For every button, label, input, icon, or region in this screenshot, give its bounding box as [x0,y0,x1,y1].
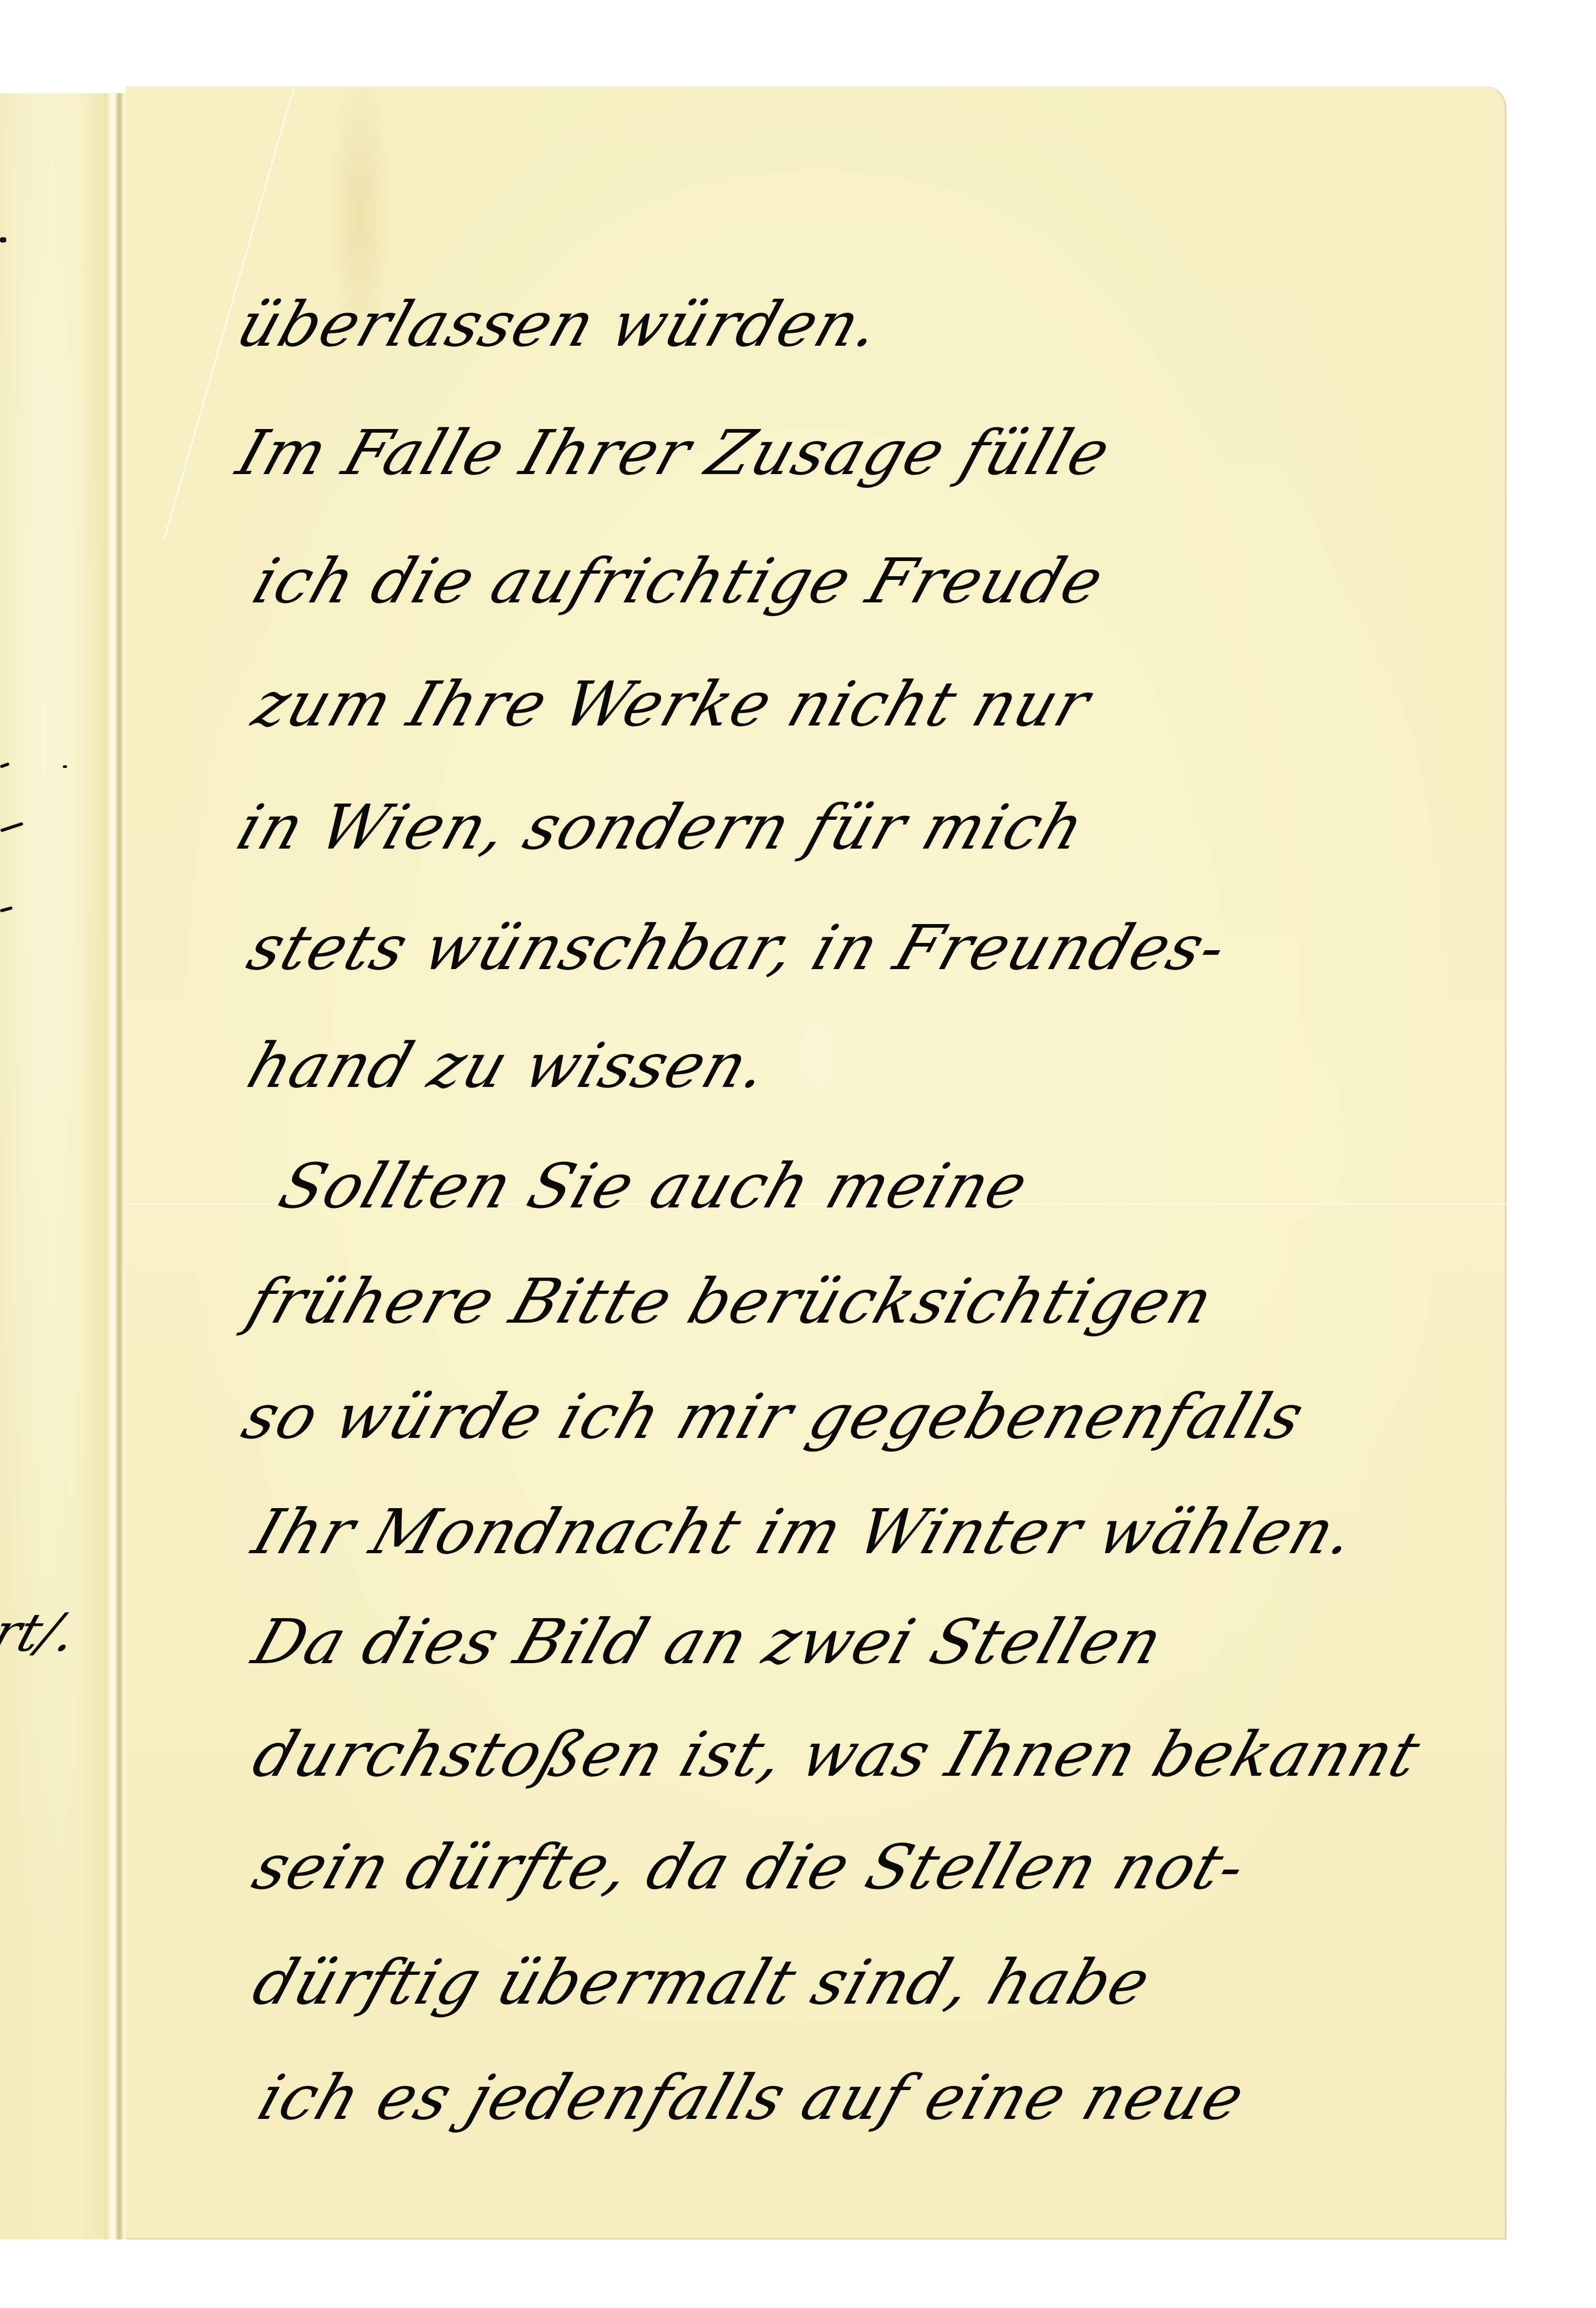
letter-line: Ihr Mondnacht im Winter wählen. [246,1501,1363,1563]
letter-line: durchstoßen ist, was Ihnen bekannt [246,1723,1428,1785]
letter-line: stets wünschbar, in Freundes- [241,917,1235,979]
letter-line: hand zu wissen. [241,1035,777,1096]
left-page: rt/. [0,93,110,2239]
letter-line: frühere Bitte berücksichtigen [241,1270,1221,1332]
right-page: überlassen würden. Im Falle Ihrer Zusage… [126,86,1506,2239]
ink-fragment [0,237,6,243]
letter-line: Sollten Sie auch meine [272,1155,1036,1217]
ink-fragment [0,762,9,768]
letter-line: sein dürfte, da die Stellen not- [246,1836,1253,1898]
scanned-letter: rt/. überlassen würden. Im Falle Ihrer Z… [0,0,1596,2308]
letter-line: ich die aufrichtige Freude [246,550,1111,612]
letter-line: Da dies Bild an zwei Stellen [246,1611,1171,1673]
letter-line: Im Falle Ihrer Zusage fülle [230,422,1118,483]
ink-fragment [0,906,13,913]
letter-line: so würde ich mir gegebenenfalls [236,1386,1312,1447]
left-page-fragment: rt/. [0,1602,85,1663]
letter-line: zum Ihre Werke nicht nur [246,673,1098,735]
letter-line: dürftig übermalt sind, habe [246,1951,1158,2013]
letter-line: überlassen würden. [230,293,889,355]
letter-line: ich es jedenfalls auf eine neue [251,2067,1252,2128]
ink-fragment [63,765,67,768]
ink-fragment [0,822,24,832]
letter-line: in Wien, sondern für mich [230,796,1093,858]
